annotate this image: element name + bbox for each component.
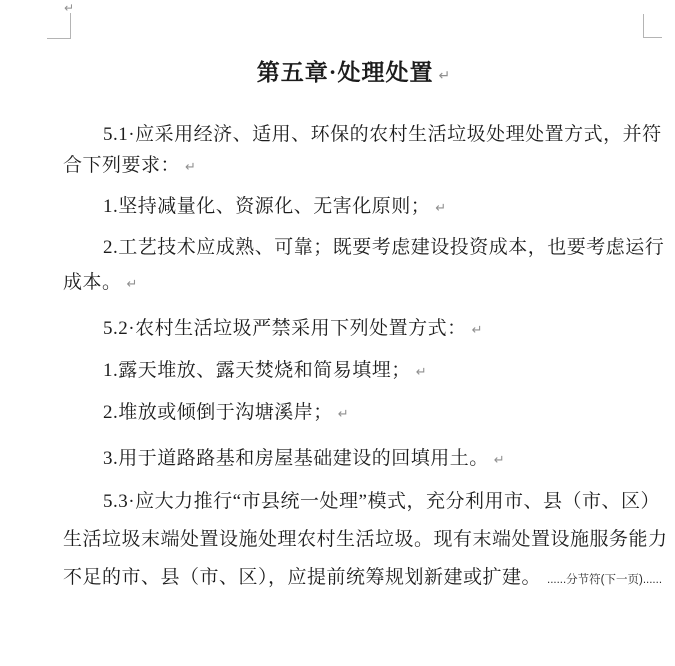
line-text: 5.3·应大力推行“市县统一处理”模式，充分利用市、县（市、区） [103, 491, 660, 512]
document-page[interactable]: ↵ 第五章·处理处置↵ 5.1·应采用经济、适用、环保的农村生活垃圾处理处置方式… [0, 0, 675, 666]
line-text: 1.露天堆放、露天焚烧和简易填埋； [103, 360, 411, 381]
paragraph-mark-icon: ↵ [494, 453, 505, 468]
line-text: 成本。 [63, 272, 122, 293]
paragraph-line[interactable]: 不足的市、县（市、区），应提前统筹规划新建或扩建。......分节符(下一页).… [63, 565, 663, 593]
line-text: 生活垃圾末端处置设施处理农村生活垃圾。现有末端处置设施服务能力 [63, 529, 668, 550]
paragraph-line[interactable]: 2.工艺技术应成熟、可靠；既要考虑建设投资成本，也要考虑运行 [63, 235, 675, 261]
chapter-title-text: 第五章·处理处置 [257, 60, 434, 85]
paragraph-line[interactable]: 5.3·应大力推行“市县统一处理”模式，充分利用市、县（市、区） [63, 489, 675, 515]
margin-mark-top-left-horizontal [47, 38, 71, 39]
line-text: 5.1·应采用经济、适用、环保的农村生活垃圾处理处置方式，并符 [103, 124, 662, 145]
line-text: 1.坚持减量化、资源化、无害化原则； [103, 196, 430, 217]
line-text: 合下列要求： [63, 155, 180, 176]
margin-mark-top-left-vertical [70, 13, 71, 38]
paragraph-line[interactable]: 合下列要求：↵ [63, 153, 663, 181]
paragraph-line[interactable]: 5.2·农村生活垃圾严禁采用下列处置方式：↵ [63, 316, 675, 344]
paragraph-mark-icon: ↵ [185, 160, 196, 175]
margin-mark-top-right-vertical [643, 14, 644, 38]
paragraph-mark-icon: ↵ [438, 68, 451, 84]
paragraph-mark-icon: ↵ [472, 323, 483, 338]
paragraph-mark-icon: ↵ [127, 277, 138, 292]
paragraph-mark-icon: ↵ [64, 1, 74, 15]
paragraph-line[interactable]: 1.露天堆放、露天焚烧和简易填埋；↵ [63, 358, 675, 386]
paragraph-mark-icon: ↵ [416, 365, 427, 380]
paragraph-line[interactable]: 3.用于道路路基和房屋基础建设的回填用土。↵ [63, 446, 675, 474]
line-text: 3.用于道路路基和房屋基础建设的回填用土。 [103, 448, 489, 469]
line-text: 5.2·农村生活垃圾严禁采用下列处置方式： [103, 318, 467, 339]
paragraph-mark-icon: ↵ [338, 407, 349, 422]
paragraph-line[interactable]: 成本。↵ [63, 270, 663, 298]
line-text: 2.工艺技术应成熟、可靠；既要考虑建设投资成本，也要考虑运行 [103, 237, 664, 258]
paragraph-line[interactable]: 5.1·应采用经济、适用、环保的农村生活垃圾处理处置方式，并符 [63, 122, 675, 148]
chapter-title[interactable]: 第五章·处理处置↵ [63, 54, 645, 87]
paragraph-mark-icon: ↵ [435, 201, 446, 216]
paragraph-line[interactable]: 生活垃圾末端处置设施处理农村生活垃圾。现有末端处置设施服务能力 [63, 527, 663, 553]
line-text: 不足的市、县（市、区），应提前统筹规划新建或扩建。 [63, 567, 541, 588]
paragraph-line[interactable]: 1.坚持减量化、资源化、无害化原则；↵ [63, 194, 675, 222]
line-text: 2.堆放或倾倒于沟塘溪岸； [103, 402, 333, 423]
paragraph-line[interactable]: 2.堆放或倾倒于沟塘溪岸；↵ [63, 400, 675, 428]
section-break-marker: ......分节符(下一页)...... [547, 574, 662, 586]
margin-mark-top-right-horizontal [643, 37, 662, 38]
